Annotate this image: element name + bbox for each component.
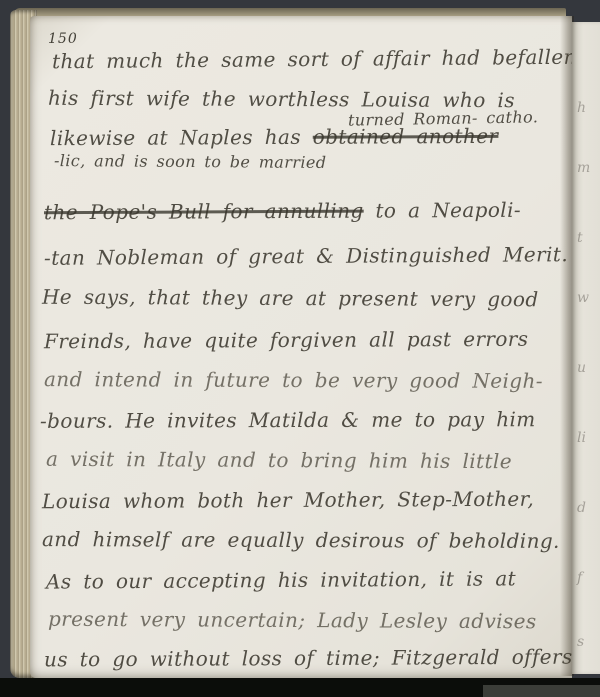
manuscript-line: us to go without loss of time; Fitzgeral… — [44, 646, 573, 671]
adjacent-page-text-fragment: w — [577, 290, 589, 306]
text-segment: -bours. He invites Matilda & me to pay h… — [40, 407, 536, 433]
manuscript-line: and intend in future to be very good Nei… — [44, 368, 543, 392]
manuscript-line: As to our accepting his invitation, it i… — [46, 567, 516, 592]
manuscript-line: -tan Nobleman of great & Distinguished M… — [44, 243, 568, 269]
manuscript-line: Freinds, have quite forgiven all past er… — [44, 328, 529, 353]
text-segment: Freinds, have quite forgiven all past er… — [44, 327, 529, 354]
manuscript-page: 150 that much the same sort of affair ha… — [30, 16, 572, 678]
text-segment: likewise at Naples has — [50, 125, 313, 150]
adjacent-page-text-fragment: d — [577, 500, 586, 516]
text-segment: to a Neapoli- — [364, 198, 521, 223]
adjacent-page-text-fragment: u — [577, 360, 586, 376]
text-segment: and intend in future to be very good Nei… — [44, 367, 543, 393]
manuscript-line: and himself are equally desirous of beho… — [42, 528, 560, 552]
text-segment: and himself are equally desirous of beho… — [42, 527, 560, 553]
manuscript-line: that much the same sort of affair had be… — [52, 46, 577, 73]
facing-page-edge: h m t w u li d f s — [572, 22, 600, 674]
page-number: 150 — [48, 28, 78, 50]
text-segment: us to go without loss of time; Fitzgeral… — [44, 645, 573, 672]
struck-text-segment: obtained another — [313, 124, 499, 149]
text-segment: -lic, and is soon to be married — [54, 151, 327, 172]
struck-text-segment: the Pope's Bull for annulling — [44, 199, 364, 225]
manuscript-line: -lic, and is soon to be married — [54, 150, 327, 174]
manuscript-line: the Pope's Bull for annulling to a Neapo… — [44, 199, 521, 223]
text-segment: He says, that they are at present very g… — [42, 285, 539, 312]
manuscript-line: a visit in Italy and to bring him his li… — [46, 448, 512, 472]
adjacent-page-text-fragment: li — [577, 430, 586, 446]
manuscript-photo-background: 150 that much the same sort of affair ha… — [0, 0, 600, 697]
text-segment: a visit in Italy and to bring him his li… — [46, 447, 512, 473]
manuscript-line: He says, that they are at present very g… — [42, 286, 539, 311]
adjacent-page-text-fragment: s — [577, 634, 584, 650]
adjacent-page-text-fragment: t — [577, 230, 583, 246]
text-segment: Louisa whom both her Mother, Step-Mother… — [42, 487, 534, 514]
manuscript-line: present very uncertain; Lady Lesley advi… — [48, 608, 537, 633]
adjacent-page-text-fragment: m — [577, 160, 590, 176]
text-segment: -tan Nobleman of great & Distinguished M… — [44, 242, 568, 270]
adjacent-page-text-fragment: f — [577, 570, 582, 586]
adjacent-page-text-fragment: h — [577, 100, 586, 116]
table-surface-sliver — [483, 685, 600, 697]
text-segment: that much the same sort of affair had be… — [52, 45, 577, 74]
text-segment: As to our accepting his invitation, it i… — [46, 566, 516, 593]
text-segment: present very uncertain; Lady Lesley advi… — [48, 607, 537, 634]
manuscript-line: Louisa whom both her Mother, Step-Mother… — [42, 488, 534, 513]
manuscript-line: likewise at Naples has obtained another — [50, 125, 498, 149]
manuscript-line: -bours. He invites Matilda & me to pay h… — [40, 408, 536, 432]
